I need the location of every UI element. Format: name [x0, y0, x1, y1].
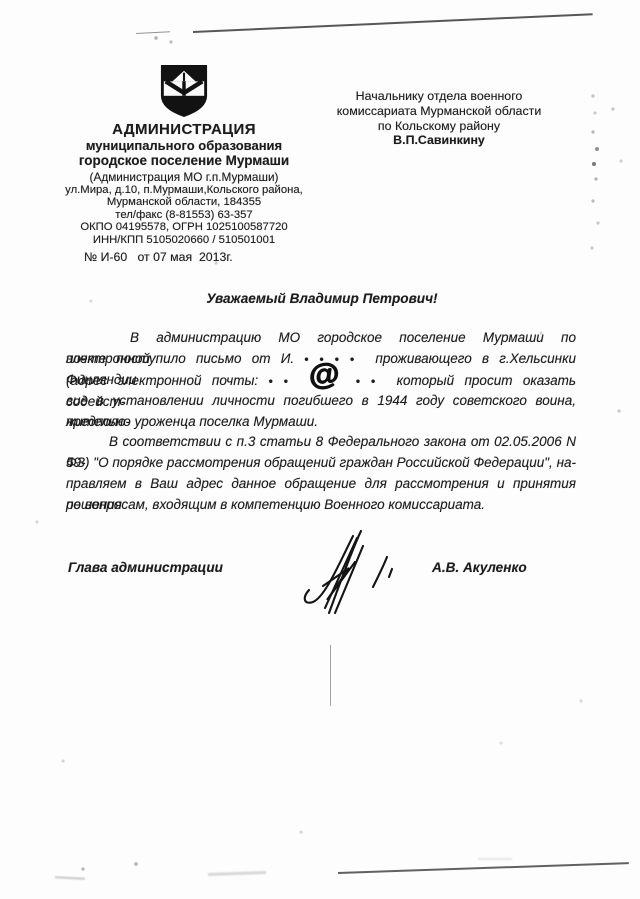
recipient-block: Начальнику отдела военного комиссариата …	[330, 89, 548, 148]
body-line-5: жительно уроженца поселка Мурмаши.	[66, 412, 576, 433]
salutation: Уважаемый Владимир Петрович!	[66, 291, 578, 306]
body-line-3: (адрес электронной почты: •• @ •• которы…	[66, 370, 576, 391]
scan-artifact-line-top-lead	[136, 31, 170, 34]
letter-body: В администрацию МО городское поселение М…	[66, 328, 576, 516]
body-line-6: В соответствии с п.3 статьи 8 Федерально…	[66, 432, 576, 453]
org-name-line2: муниципального образования	[58, 138, 310, 153]
scan-artifact-line-vertical	[330, 645, 331, 706]
body-line-1: В администрацию МО городское поселение М…	[66, 328, 576, 349]
recipient-name: В.П.Савинкину	[330, 133, 548, 148]
handwritten-at-icon: @	[309, 370, 345, 388]
at-glyph: @	[308, 359, 341, 391]
recipient-line2: комиссариата Мурманской области	[330, 104, 548, 119]
org-name-line3: городское поселение Мурмаши	[58, 153, 310, 169]
org-okpo-ogrn: ОКПО 04195578, ОГРН 1025100587720	[58, 221, 310, 234]
scan-artifact-line-bottom	[338, 862, 629, 873]
org-inn-kpp: ИНН/КПП 5105020660 / 510501001	[58, 234, 310, 247]
org-alt-name: (Администрация МО г.п.Мурмаши)	[58, 170, 310, 184]
org-address-line1: ул.Мира, д.10, п.Мурмаши,Кольского район…	[58, 184, 310, 197]
body-line-8: правляем в Ваш адрес данное обращение дл…	[66, 474, 576, 495]
redaction-dots: ••	[269, 374, 299, 388]
redaction-dots: ••	[356, 374, 386, 388]
letterhead-block: АДМИНИСТРАЦИЯ муниципального образования…	[58, 64, 310, 265]
body-line-9: по вопросам, входящим в компетенцию Воен…	[66, 495, 576, 516]
signoff-person-name: А.В. Акуленко	[432, 560, 527, 575]
org-address-line2: Мурманской области, 184355	[58, 196, 310, 209]
coat-of-arms-icon	[159, 64, 209, 118]
body-line-2-text: почте поступило письмо от И.	[66, 351, 294, 366]
recipient-line3: по Кольскому району	[330, 119, 548, 134]
org-phone: тел/факс (8-81553) 63-357	[58, 209, 310, 222]
scan-specks	[0, 0, 2, 2]
outgoing-ref-number: № И-60 от 07 мая 2013г.	[58, 250, 310, 265]
scan-smudge	[208, 871, 266, 876]
org-name-line1: АДМИНИСТРАЦИЯ	[58, 121, 310, 138]
scan-smudge	[478, 858, 512, 860]
signoff-position-title: Глава администрации	[68, 560, 223, 575]
signature-scribble	[295, 524, 410, 619]
scan-artifact-line-top	[193, 13, 593, 32]
body-line-7: ФЗ) "О порядке рассмотрения обращений гр…	[66, 453, 576, 474]
recipient-line1: Начальнику отдела военного	[330, 89, 548, 104]
scan-smudge	[55, 876, 85, 880]
body-line-4: вие в установлении личности погибшего в …	[66, 391, 576, 412]
body-line-3-text: (адрес электронной почты:	[66, 373, 258, 388]
scanned-letter-page: АДМИНИСТРАЦИЯ муниципального образования…	[0, 0, 640, 899]
